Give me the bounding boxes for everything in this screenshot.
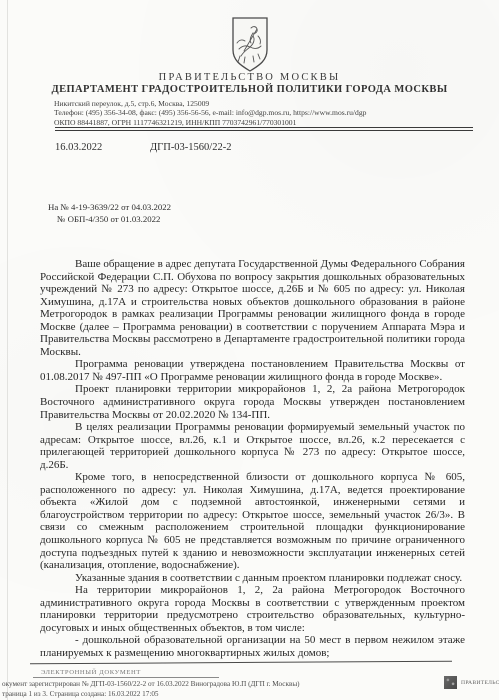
moscow-government-logo-icon <box>444 676 457 689</box>
government-badge-label: ПРАВИТЕЛЬСТВ <box>461 680 499 686</box>
department-title: ДЕПАРТАМЕНТ ГРАДОСТРОИТЕЛЬНОЙ ПОЛИТИКИ Г… <box>0 84 499 95</box>
moscow-coat-of-arms-icon <box>227 16 273 74</box>
reference-block: На № 4-19-3639/22 от 04.03.2022 № ОБП-4/… <box>48 201 171 225</box>
paragraph: Кроме того, в непосредственной близости … <box>40 471 465 571</box>
requisites-line: ОКПО 88441887, ОГРН 1117746321219, ИНН/К… <box>54 118 479 127</box>
letter-number: ДГП-03-1560/22-2 <box>150 142 231 153</box>
paragraph: На территории микрорайонов 1, 2, 2а райо… <box>40 584 465 634</box>
footer-divider <box>30 661 452 665</box>
paragraph: В целях реализации Программы реновации ф… <box>40 421 465 471</box>
page-info-line: траница 1 из 3. Страница создана: 16.03.… <box>2 690 159 698</box>
address-line: Никитский переулок, д.5, стр.6, Москва, … <box>54 99 479 108</box>
header-divider <box>55 127 473 131</box>
paragraph: Указанные здания в соответствии с данным… <box>40 572 465 585</box>
government-title: ПРАВИТЕЛЬСТВО МОСКВЫ <box>0 72 499 83</box>
scanned-letter-page: ПРАВИТЕЛЬСТВО МОСКВЫ ДЕПАРТАМЕНТ ГРАДОСТ… <box>0 0 499 700</box>
paragraph: Программа реновации утверждена постановл… <box>40 358 465 383</box>
paragraph: Ваше обращение в адрес депутата Государс… <box>40 258 465 358</box>
phone-email-line: Телефон: (495) 356-34-08, факс: (495) 35… <box>54 108 479 117</box>
letter-body: Ваше обращение в адрес депутата Государс… <box>40 258 465 660</box>
letter-date: 16.03.2022 <box>55 142 102 153</box>
contact-block: Никитский переулок, д.5, стр.6, Москва, … <box>54 99 479 127</box>
reference-line-2: № ОБП-4/350 от 01.03.2022 <box>57 213 171 225</box>
government-badge: ПРАВИТЕЛЬСТВ <box>444 676 499 689</box>
electronic-document-stamp: ЭЛЕКТРОННЫЙ ДОКУМЕНТ <box>33 668 219 678</box>
reference-line-1: На № 4-19-3639/22 от 04.03.2022 <box>48 201 171 213</box>
scan-edge-line <box>7 0 8 700</box>
paragraph: - дошкольной образовательной организации… <box>40 634 465 659</box>
paragraph: Проект планировки территории микрорайоно… <box>40 383 465 421</box>
registration-line: окумент зарегистрирован № ДГП-03-1560/22… <box>2 680 419 688</box>
